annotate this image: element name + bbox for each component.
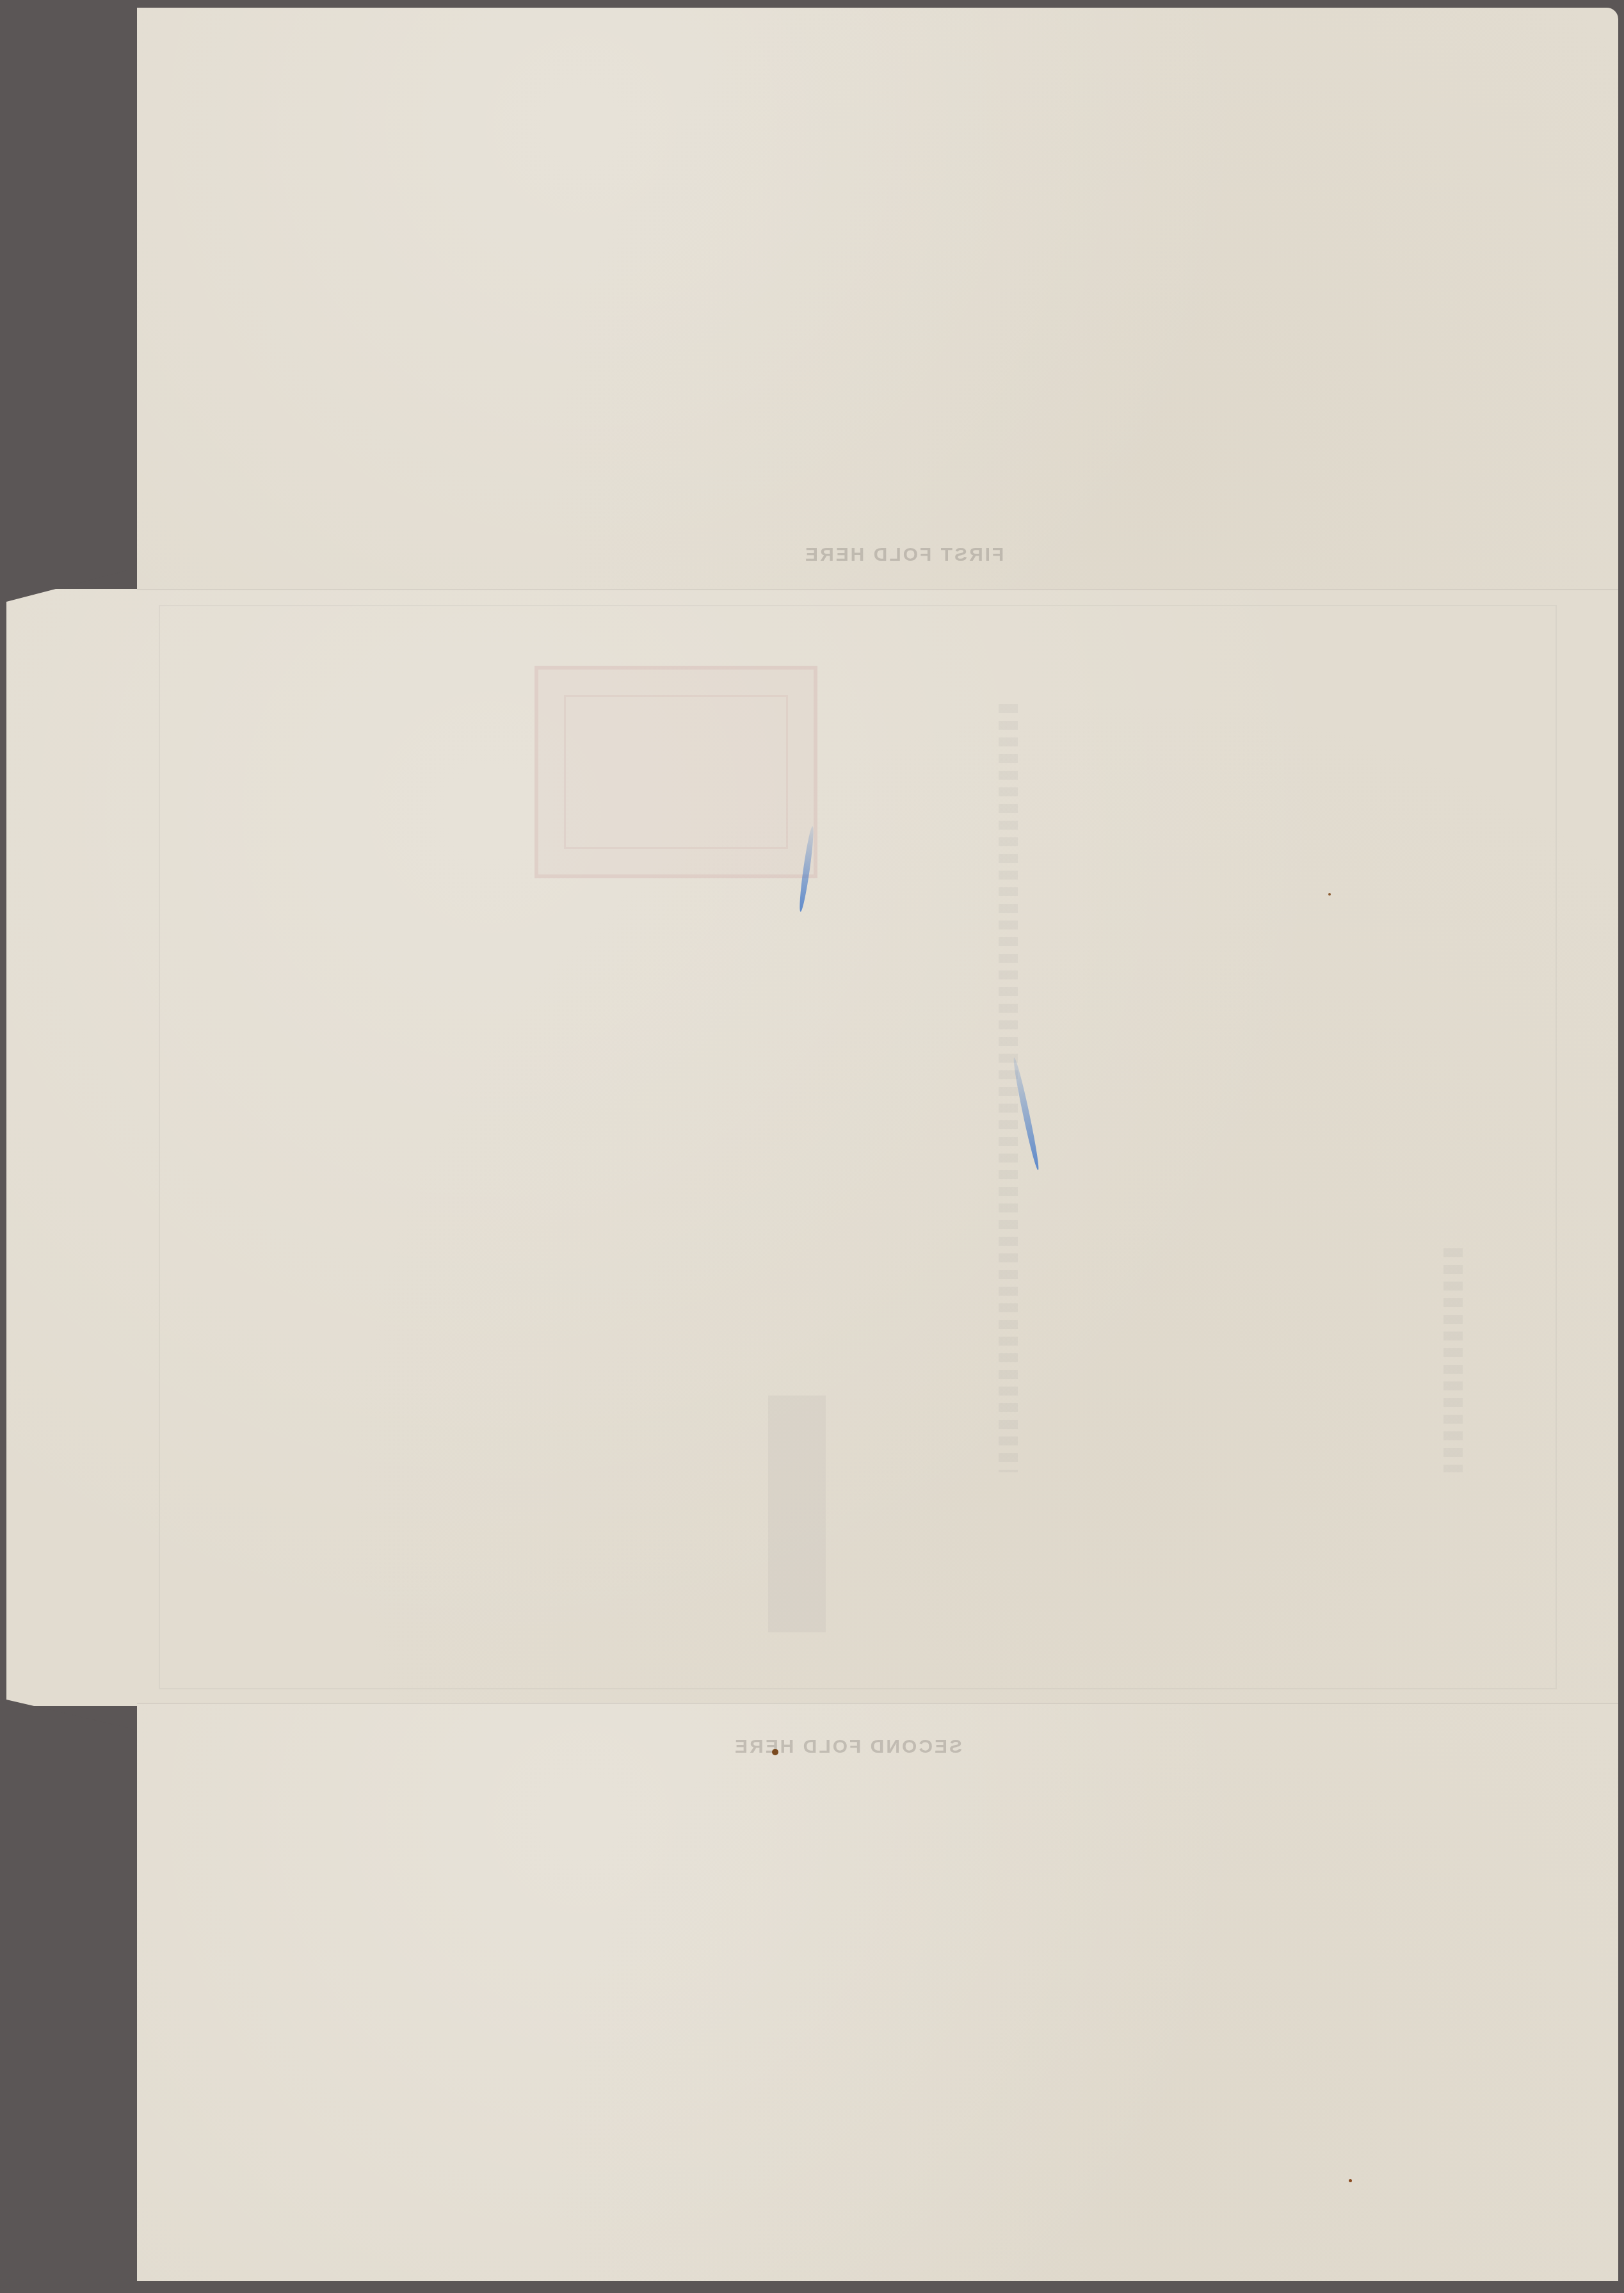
second-fold-label: SECOND FOLD HERE <box>733 1736 962 1758</box>
vertical-text-showthrough <box>999 704 1018 1472</box>
stamp-inner-frame <box>564 695 788 849</box>
label-showthrough <box>768 1396 826 1632</box>
stamp-showthrough <box>535 666 817 878</box>
ink-spot <box>772 1749 778 1755</box>
ink-spot <box>1349 2179 1352 2182</box>
first-fold-line <box>137 589 1618 590</box>
vertical-text-showthrough-right <box>1443 1248 1463 1472</box>
address-frame-showthrough <box>159 605 1557 1689</box>
second-fold-line <box>137 1703 1618 1704</box>
aerogramme-sheet: FIRST FOLD HERE SECOND FOLD HERE <box>0 0 1624 2293</box>
first-fold-label: FIRST FOLD HERE <box>803 544 1004 566</box>
ink-spot <box>1328 893 1331 896</box>
